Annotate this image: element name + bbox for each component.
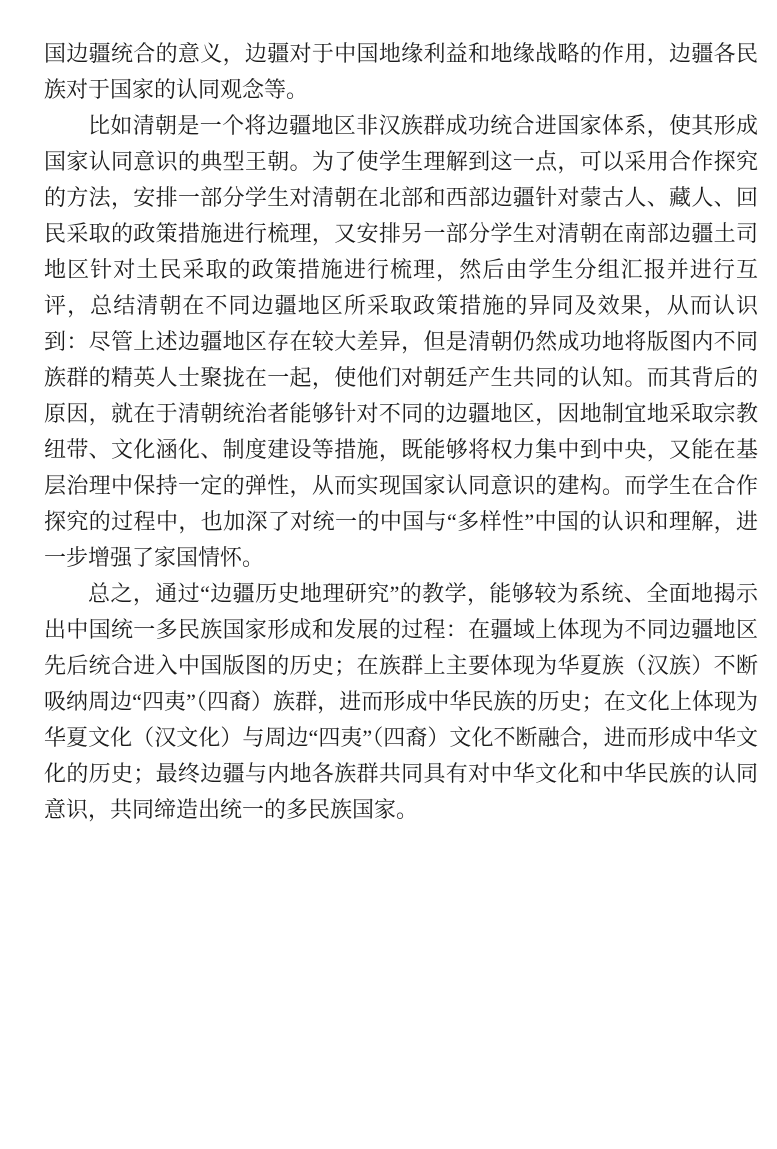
paragraph-continuation: 国边疆统合的意义，边疆对于中国地缘利益和地缘战略的作用，边疆各民族对于国家的认同…: [44, 36, 758, 108]
paragraph-qing-example: 比如清朝是一个将边疆地区非汉族群成功统合进国家体系，使其形成国家认同意识的典型王…: [44, 108, 758, 576]
document-text-block: 国边疆统合的意义，边疆对于中国地缘利益和地缘战略的作用，边疆各民族对于国家的认同…: [44, 36, 758, 828]
document-page: 国边疆统合的意义，边疆对于中国地缘利益和地缘战略的作用，边疆各民族对于国家的认同…: [0, 0, 777, 1149]
paragraph-conclusion: 总之，通过“边疆历史地理研究”的教学，能够较为系统、全面地揭示出中国统一多民族国…: [44, 576, 758, 828]
